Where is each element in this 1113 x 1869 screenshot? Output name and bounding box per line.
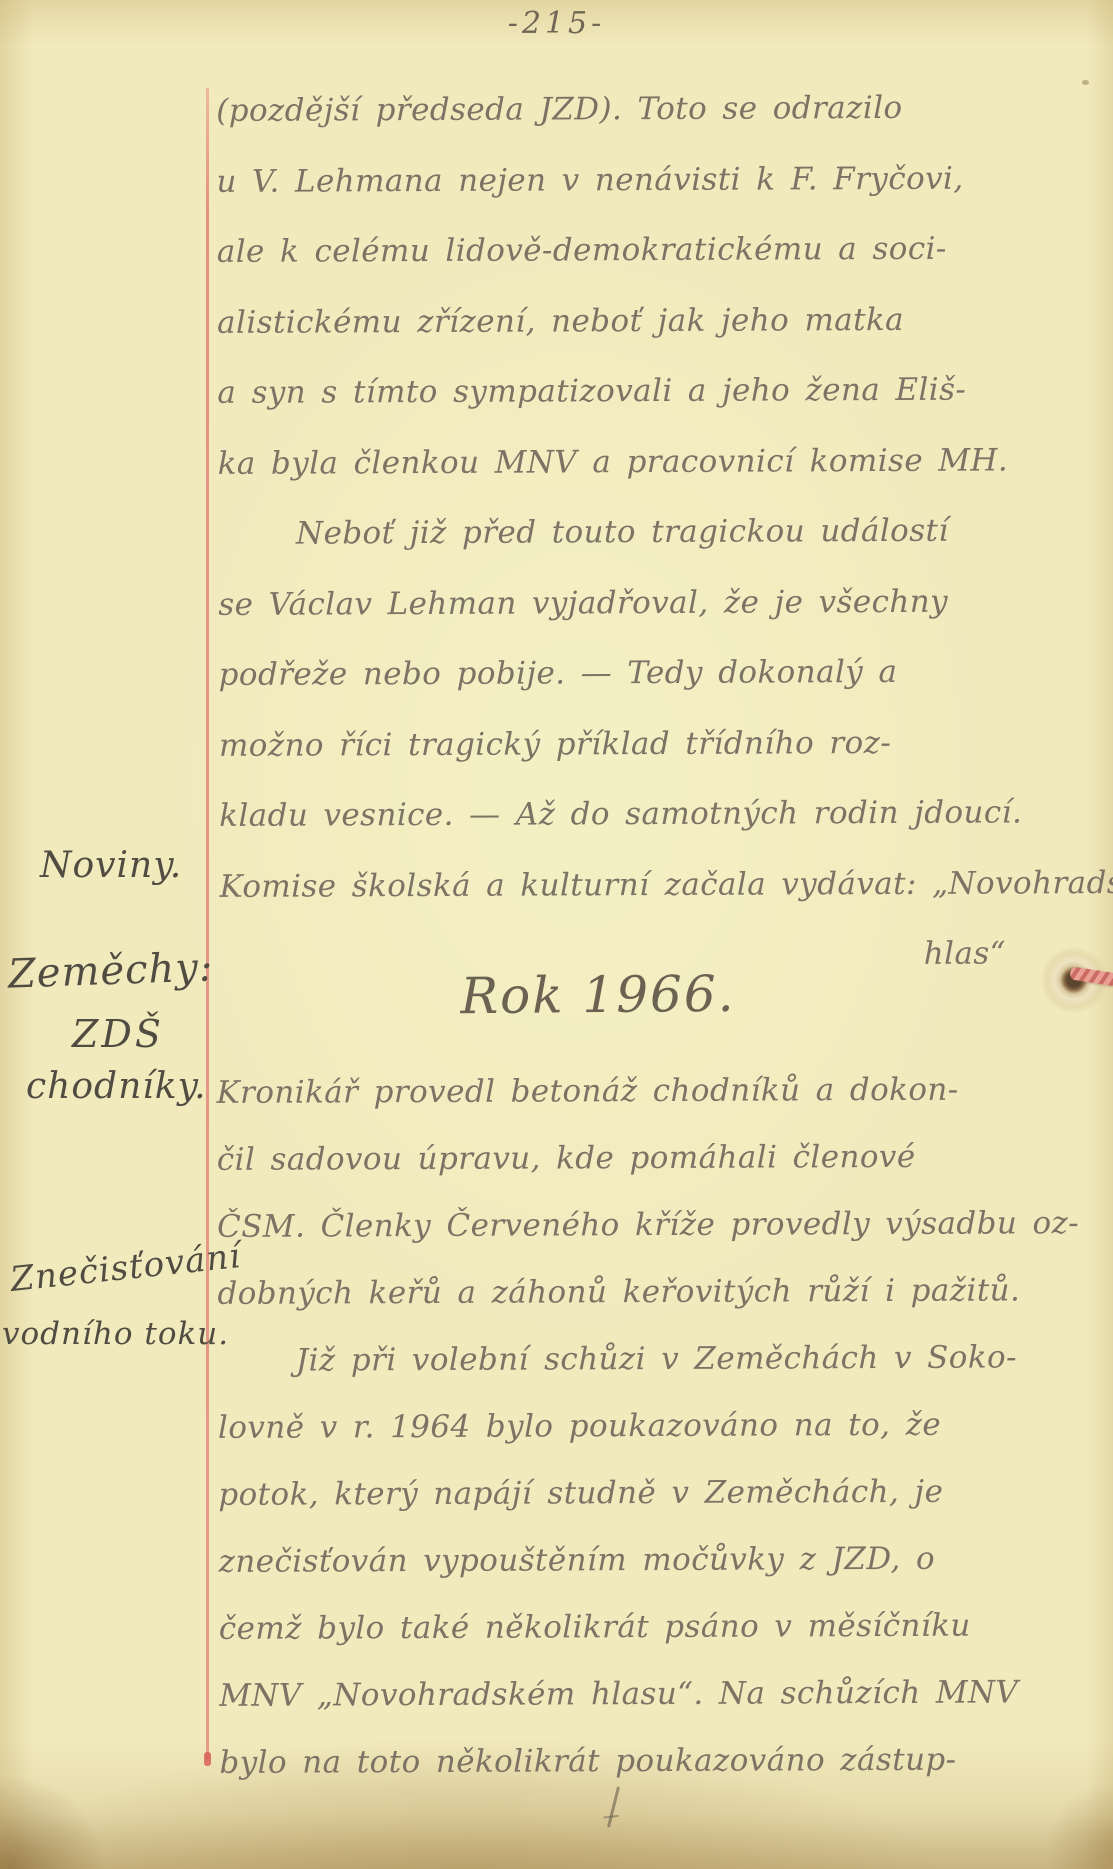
manuscript-line: a syn s tímto sympatizovali a jeho žena … — [217, 354, 1095, 428]
margin-note-chodniky: chodníky. — [26, 1066, 207, 1107]
manuscript-line: ČSM. Členky Červeného kříže provedly výs… — [217, 1190, 1095, 1261]
paper-speck — [1082, 80, 1089, 85]
chronicle-page: -215- Noviny. Zeměchy: ZDŠ chodníky. Zne… — [0, 0, 1113, 1869]
manuscript-line: čil sadovou úpravu, kde pomáhali členové — [217, 1123, 1095, 1194]
manuscript-line: ale k celému lidově-demokratickému a soc… — [217, 213, 1095, 287]
binding-string — [1069, 966, 1113, 986]
manuscript-line: MNV „Novohradském hlasu“. Na schůzích MN… — [219, 1659, 1097, 1730]
manuscript-line: podřeže nebo pobije. — Tedy dokonalý a — [218, 636, 1096, 710]
manuscript-line: lovně v r. 1964 bylo poukazováno na to, … — [218, 1391, 1096, 1462]
manuscript-line: u V. Lehmana nejen v nenávisti k F. Fryč… — [216, 143, 1094, 217]
manuscript-line: bylo na toto několikrát poukazováno zást… — [219, 1726, 1097, 1797]
manuscript-line: se Václav Lehman vyjadřoval, že je všech… — [218, 566, 1096, 640]
manuscript-line: (pozdější předseda JZD). Toto se odrazil… — [216, 72, 1094, 146]
year-heading: Rok 1966. — [218, 963, 978, 1028]
manuscript-line: ka byla členkou MNV a pracovnicí komise … — [218, 425, 1096, 499]
margin-note-vodniho-toku: vodního toku. — [2, 1316, 229, 1352]
margin-note-noviny: Noviny. — [40, 845, 182, 886]
manuscript-line: Neboť již před touto tragickou událostí — [218, 495, 1096, 569]
margin-note-zds: ZDŠ — [72, 1012, 164, 1056]
manuscript-line: dobných keřů a záhonů keřovitých růží i … — [217, 1257, 1095, 1328]
page-number: -215- — [0, 6, 1113, 41]
margin-rule-line — [206, 88, 209, 1760]
manuscript-block-1: (pozdější předseda JZD). Toto se odrazil… — [216, 72, 1098, 992]
manuscript-line: možno říci tragický příklad třídního roz… — [219, 707, 1097, 781]
margin-note-zemechy: Zeměchy: — [7, 944, 214, 997]
manuscript-line: Komise školská a kulturní začala vydávat… — [219, 848, 1097, 922]
manuscript-line: Kronikář provedl betonáž chodníků a doko… — [216, 1056, 1094, 1127]
manuscript-line: kladu vesnice. — Až do samotných rodin j… — [219, 777, 1097, 851]
manuscript-line: Již při volební schůzi v Zeměchách v Sok… — [218, 1324, 1096, 1395]
manuscript-line: znečisťován vypouštěním močůvky z JZD, o — [218, 1525, 1096, 1596]
manuscript-line: potok, který napájí studně v Zeměchách, … — [218, 1458, 1096, 1529]
binding-hole-bottom — [1040, 946, 1108, 1014]
manuscript-line: čemž bylo také několikrát psáno v měsíčn… — [219, 1592, 1097, 1663]
manuscript-block-2: Kronikář provedl betonáž chodníků a doko… — [216, 1056, 1097, 1797]
manuscript-line: alistickému zřízení, neboť jak jeho matk… — [217, 284, 1095, 358]
